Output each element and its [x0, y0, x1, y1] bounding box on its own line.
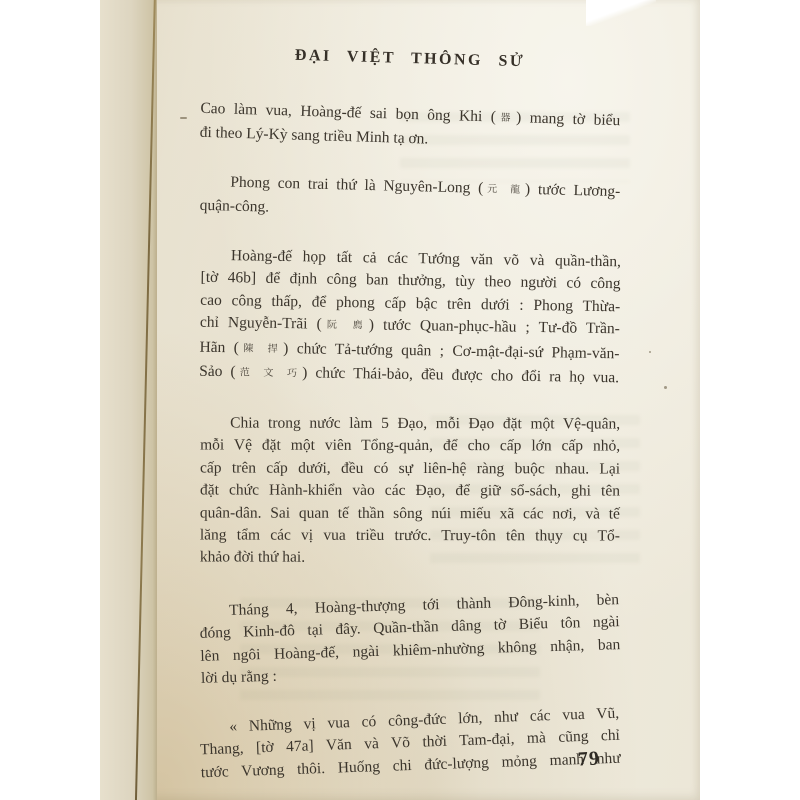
text-segment: lời dụ rằng : — [201, 668, 277, 687]
book-photo: ĐẠI VIỆT THÔNG SỬ Cao làm vua, Hoàng-đế … — [0, 0, 800, 800]
text-segment: Phong con trai thứ là Nguyên-Long ( — [230, 173, 483, 196]
text-line: Chia trong nước làm 5 Đạo, mỗi Đạo đặt m… — [200, 413, 620, 437]
paragraph: Phong con trai thứ là Nguyên-Long (元 龍) … — [199, 171, 620, 228]
text-segment: chỉ Nguyễn-Trãi ( — [200, 314, 322, 333]
text-segment: ) tước Quan-phục-hầu ; Tư-đồ Trần- — [369, 316, 620, 337]
paragraph: Tháng 4, Hoàng-thượng tới thành Đông-kin… — [199, 589, 621, 690]
paper-speck — [180, 117, 187, 119]
text-segment: ) tước Lương- — [525, 181, 621, 200]
paragraph: Cao làm vua, Hoàng-đế sai bọn ông Khi (器… — [199, 98, 620, 157]
chinese-characters: 器 — [496, 113, 517, 125]
text-line: quân-dân. Sai quan tế thần sông núi miếu… — [200, 502, 620, 526]
text-segment: khảo đời thứ hai. — [200, 549, 305, 566]
text-segment: mỗi Vệ đặt một viên Tổng-quản, để cho cấ… — [200, 437, 620, 455]
text-segment: cấp trên cấp dưới, đều có sự liên-hệ ràn… — [200, 459, 620, 477]
text-segment: Chia trong nước làm 5 Đạo, mỗi Đạo đặt m… — [230, 415, 620, 433]
text-line: đặt chức Hành-khiển vào các Đạo, để giữ … — [200, 480, 620, 504]
text-segment: lăng tẩm các vị vua triều trước. Truy-tô… — [200, 527, 620, 545]
chinese-characters: 元 龍 — [483, 184, 525, 196]
page-number: 79 — [577, 747, 600, 771]
page-corner-notch — [586, 0, 656, 26]
text-segment: ) chức Tả-tướng quân ; Cơ-mật-đại-sứ Phạ… — [283, 339, 619, 361]
text-line: cấp trên cấp dưới, đều có sự liên-hệ ràn… — [200, 457, 620, 481]
chinese-characters: 范 文 巧 — [236, 367, 303, 379]
text-segment: ) mang tờ biểu — [516, 109, 621, 129]
book-page: ĐẠI VIỆT THÔNG SỬ Cao làm vua, Hoàng-đế … — [100, 0, 700, 800]
text-segment: [tờ 46b] để định công ban thưởng, tùy th… — [200, 269, 620, 293]
page-title: ĐẠI VIỆT THÔNG SỬ — [200, 44, 620, 74]
text-segment: đi theo Lý-Kỳ sang triều Minh tạ ơn. — [199, 124, 428, 148]
paragraph: « Những vị vua có công-đức lớn, như các … — [199, 702, 621, 784]
text-segment: cao công thấp, để phong cấp bậc trên dướ… — [200, 291, 620, 315]
text-segment: quận-công. — [200, 197, 270, 216]
paper-speck — [664, 386, 667, 389]
text-line: mỗi Vệ đặt một viên Tổng-quản, để cho cấ… — [200, 435, 620, 459]
chinese-characters: 陳 捍 — [239, 343, 283, 355]
text-segment: Hoàng-đế họp tất cả các Tướng văn võ và … — [231, 247, 621, 270]
text-segment: Cao làm vua, Hoàng-đế sai bọn ông Khi ( — [200, 100, 496, 126]
page-gutter-shadow — [100, 0, 157, 800]
text-segment: Sảo ( — [199, 362, 236, 380]
text-segment: đặt chức Hành-khiển vào các Đạo, để giữ … — [200, 482, 620, 500]
chinese-characters: 阮 廌 — [322, 319, 369, 331]
text-line: lăng tẩm các vị vua triều trước. Truy-tô… — [200, 525, 620, 549]
paper-speck — [649, 351, 651, 353]
text-segment: quân-dân. Sai quan tế thần sông núi miếu… — [200, 504, 620, 522]
text-line: khảo đời thứ hai. — [200, 547, 620, 571]
paragraph: Chia trong nước làm 5 Đạo, mỗi Đạo đặt m… — [200, 413, 620, 571]
text-segment: ) chức Thái-bảo, đều được cho đổi ra họ … — [302, 364, 619, 386]
page-text: Cao làm vua, Hoàng-đế sai bọn ông Khi (器… — [200, 104, 620, 800]
text-segment: Hãn ( — [199, 338, 239, 356]
paragraph: Hoàng-đế họp tất cả các Tướng văn võ và … — [199, 244, 621, 391]
